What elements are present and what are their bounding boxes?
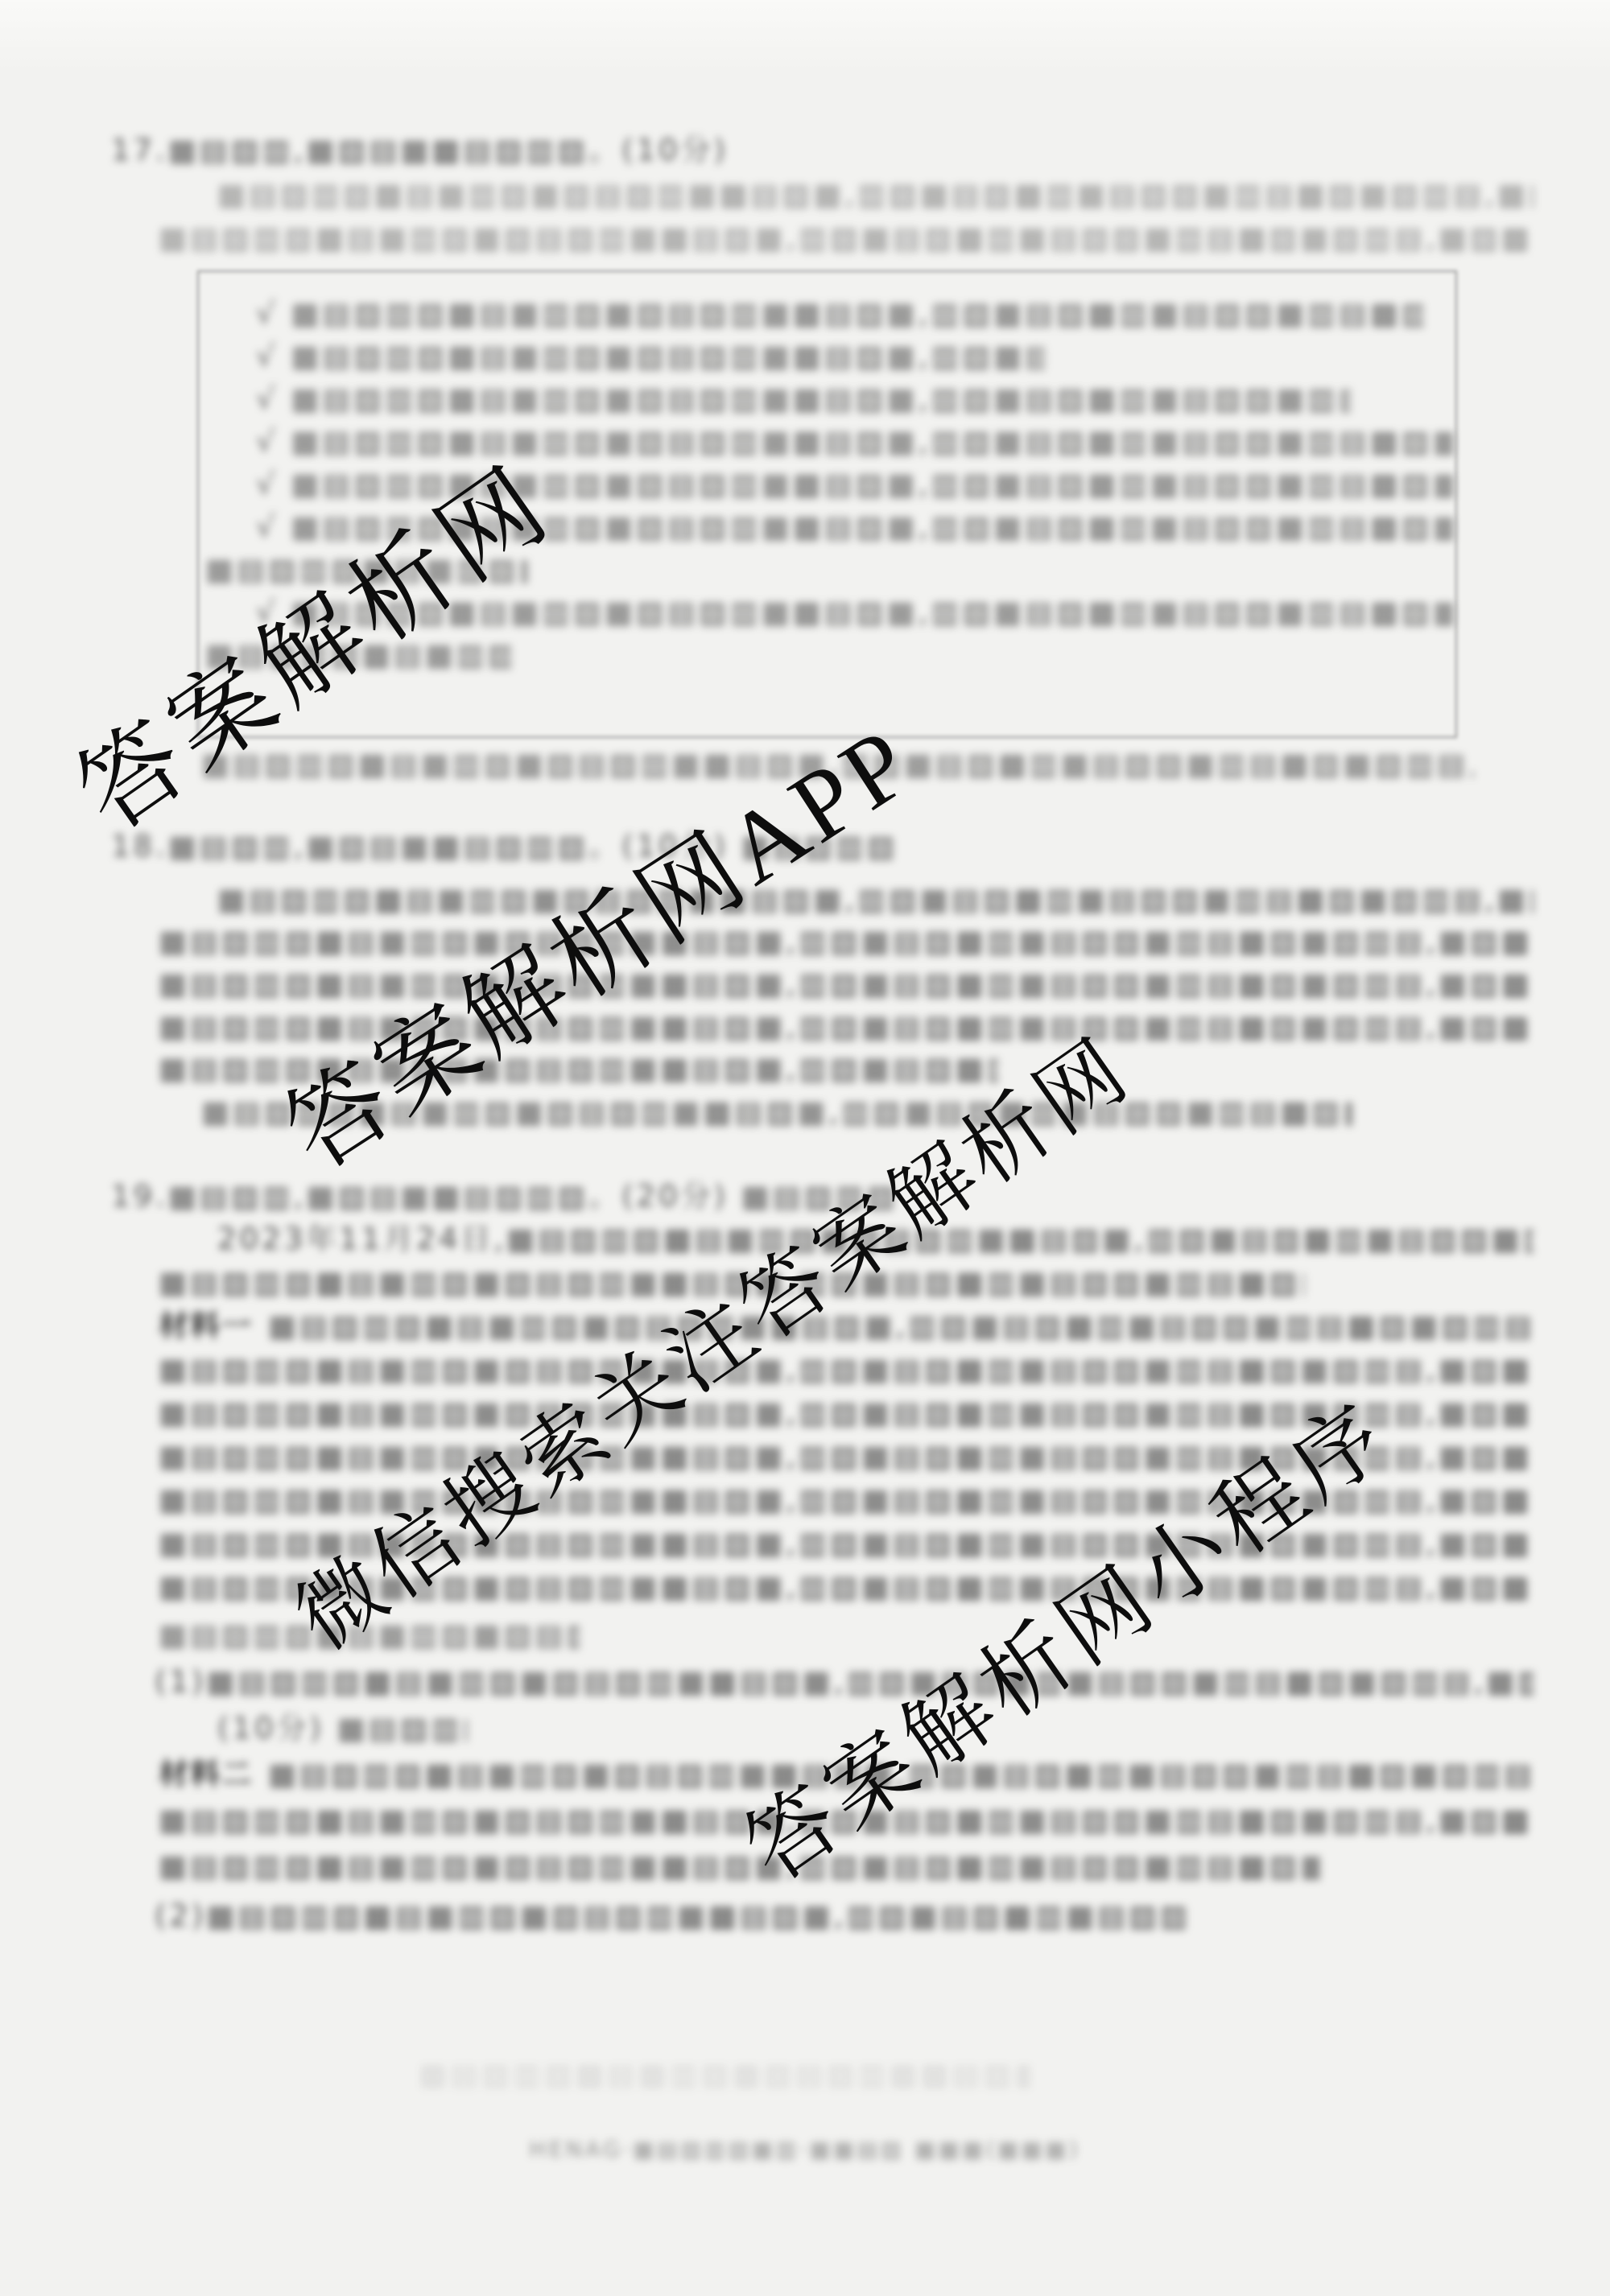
material-1-label: 材料一	[159, 1308, 263, 1345]
part-1-line: (1)▦▤▨▥▧▩▤▦▥▨▦▧▤▨▥▦▩▤▨▦,▥▧▦▤▨▩▥▦▤▧▨▦▥▤▩▨…	[155, 1663, 1534, 1700]
redacted-text-line: ▦▤▨▥▧▩▤▦▥▨▦▧▤▨▥▦▩▤▨▦,▥▧▦▤▨▩▥▦▤▧▨▦▥▤▩▨▦▧▥…	[268, 1308, 1534, 1345]
ghost-line: ▦▤▨▥▧▩▤▦▥▨▦▧▤▨▥▦▩▤▨▦,▥▧▦▤▨▩▥▦▤▧▨▦▥▤▩▨▦▧▥…	[419, 2056, 1030, 2093]
redacted-text-line: ▦▤▨▥▧▩▤▦▥▨▦▧▤▨▥▦▩▤▨▦,▥▧▦▤▨▩▥▦▤▧▨▦▥▤▩▨▦▧▥…	[159, 966, 1534, 1003]
redacted-text-line: ▦▤▨▥▧▩▤▦▥▨▦▧▤▨▥▦▩▤▨▦,▥▧▦▤▨▩▥▦▤▧▨▦▥▤▩▨▦▧▥…	[217, 176, 1534, 213]
redacted-text-line: ▦▤▨▥▧▩▤▦▥▨▦▧▤▨▥▦▩▤▨▦,▥▧▦▤▨▩▥▦▤▧▨▦▥▤▩▨▦▧▥…	[159, 220, 1534, 257]
score-line: (10分) ▦▤▨▥▧	[217, 1710, 467, 1747]
question-17-heading: 17.▦▤▨▥,▦▧▤▦▩▤▨▥▧。(10分)	[111, 132, 771, 169]
redacted-text-line: ▦▤▨▥▧▩▤▦▥▨▦▧▤▨▥▦▩▤▨▦,▥▧▦▤▨▩▥▦▤▧▨▦▥▤▩▨▦▧▥…	[159, 1050, 998, 1087]
question-18-heading: 18.▦▤▨▥,▦▧▤▦▩▤▨▥▧。(10分) ▦▤▨▥▧	[111, 828, 1037, 865]
part-2-line: (2)▦▤▨▥▧▩▤▦▥▨▦▧▤▨▥▦▩▤▨▦,▥▧▦▤▨▩▥▦▤▧▨▦▥▤▩▨…	[155, 1898, 1185, 1935]
redacted-text-line: ▦▤▨▥▧▩▤▦▥▨▦▧▤▨▥▦▩▤▨▦,▥▧▦▤▨▩▥▦▤▧▨▦▥▤▩▨▦▧▥…	[159, 923, 1534, 960]
page-footer: HENAG·▦▤▨▥▧▦▥·▦▦▤▨ ▦▦▦(▦▦▦)	[0, 2137, 1610, 2164]
material-2-label: 材料二	[159, 1756, 263, 1793]
redacted-text-line: ▦▤▨▥▧▩▤▦▥▨▦▧▤▨▥▦▩▤▨▦,▥▧▦▤▨▩▥▦▤▧▨▦▥▤▩▨▦▧▥…	[217, 881, 1534, 918]
redacted-text-line: ▦▤▨▥▧▩▤▦▥▨▦▧▤▨▥▦▩▤▨▦,▥▧▦▤▨▩▥▦▤▧▨▦▥▤▩▨▦▧▥…	[159, 1351, 1534, 1388]
redacted-text-line: ▦▤▨▥▧▩▤▦▥▨▦▧▤▨▥▦▩▤▨▦,▥▧▦▤▨▩▥▦▤▧▨▦▥▤▩▨▦▧▥…	[159, 1848, 1320, 1885]
scanned-exam-page: { "page": {"width": 2000, "height": 2853…	[0, 0, 1610, 2296]
